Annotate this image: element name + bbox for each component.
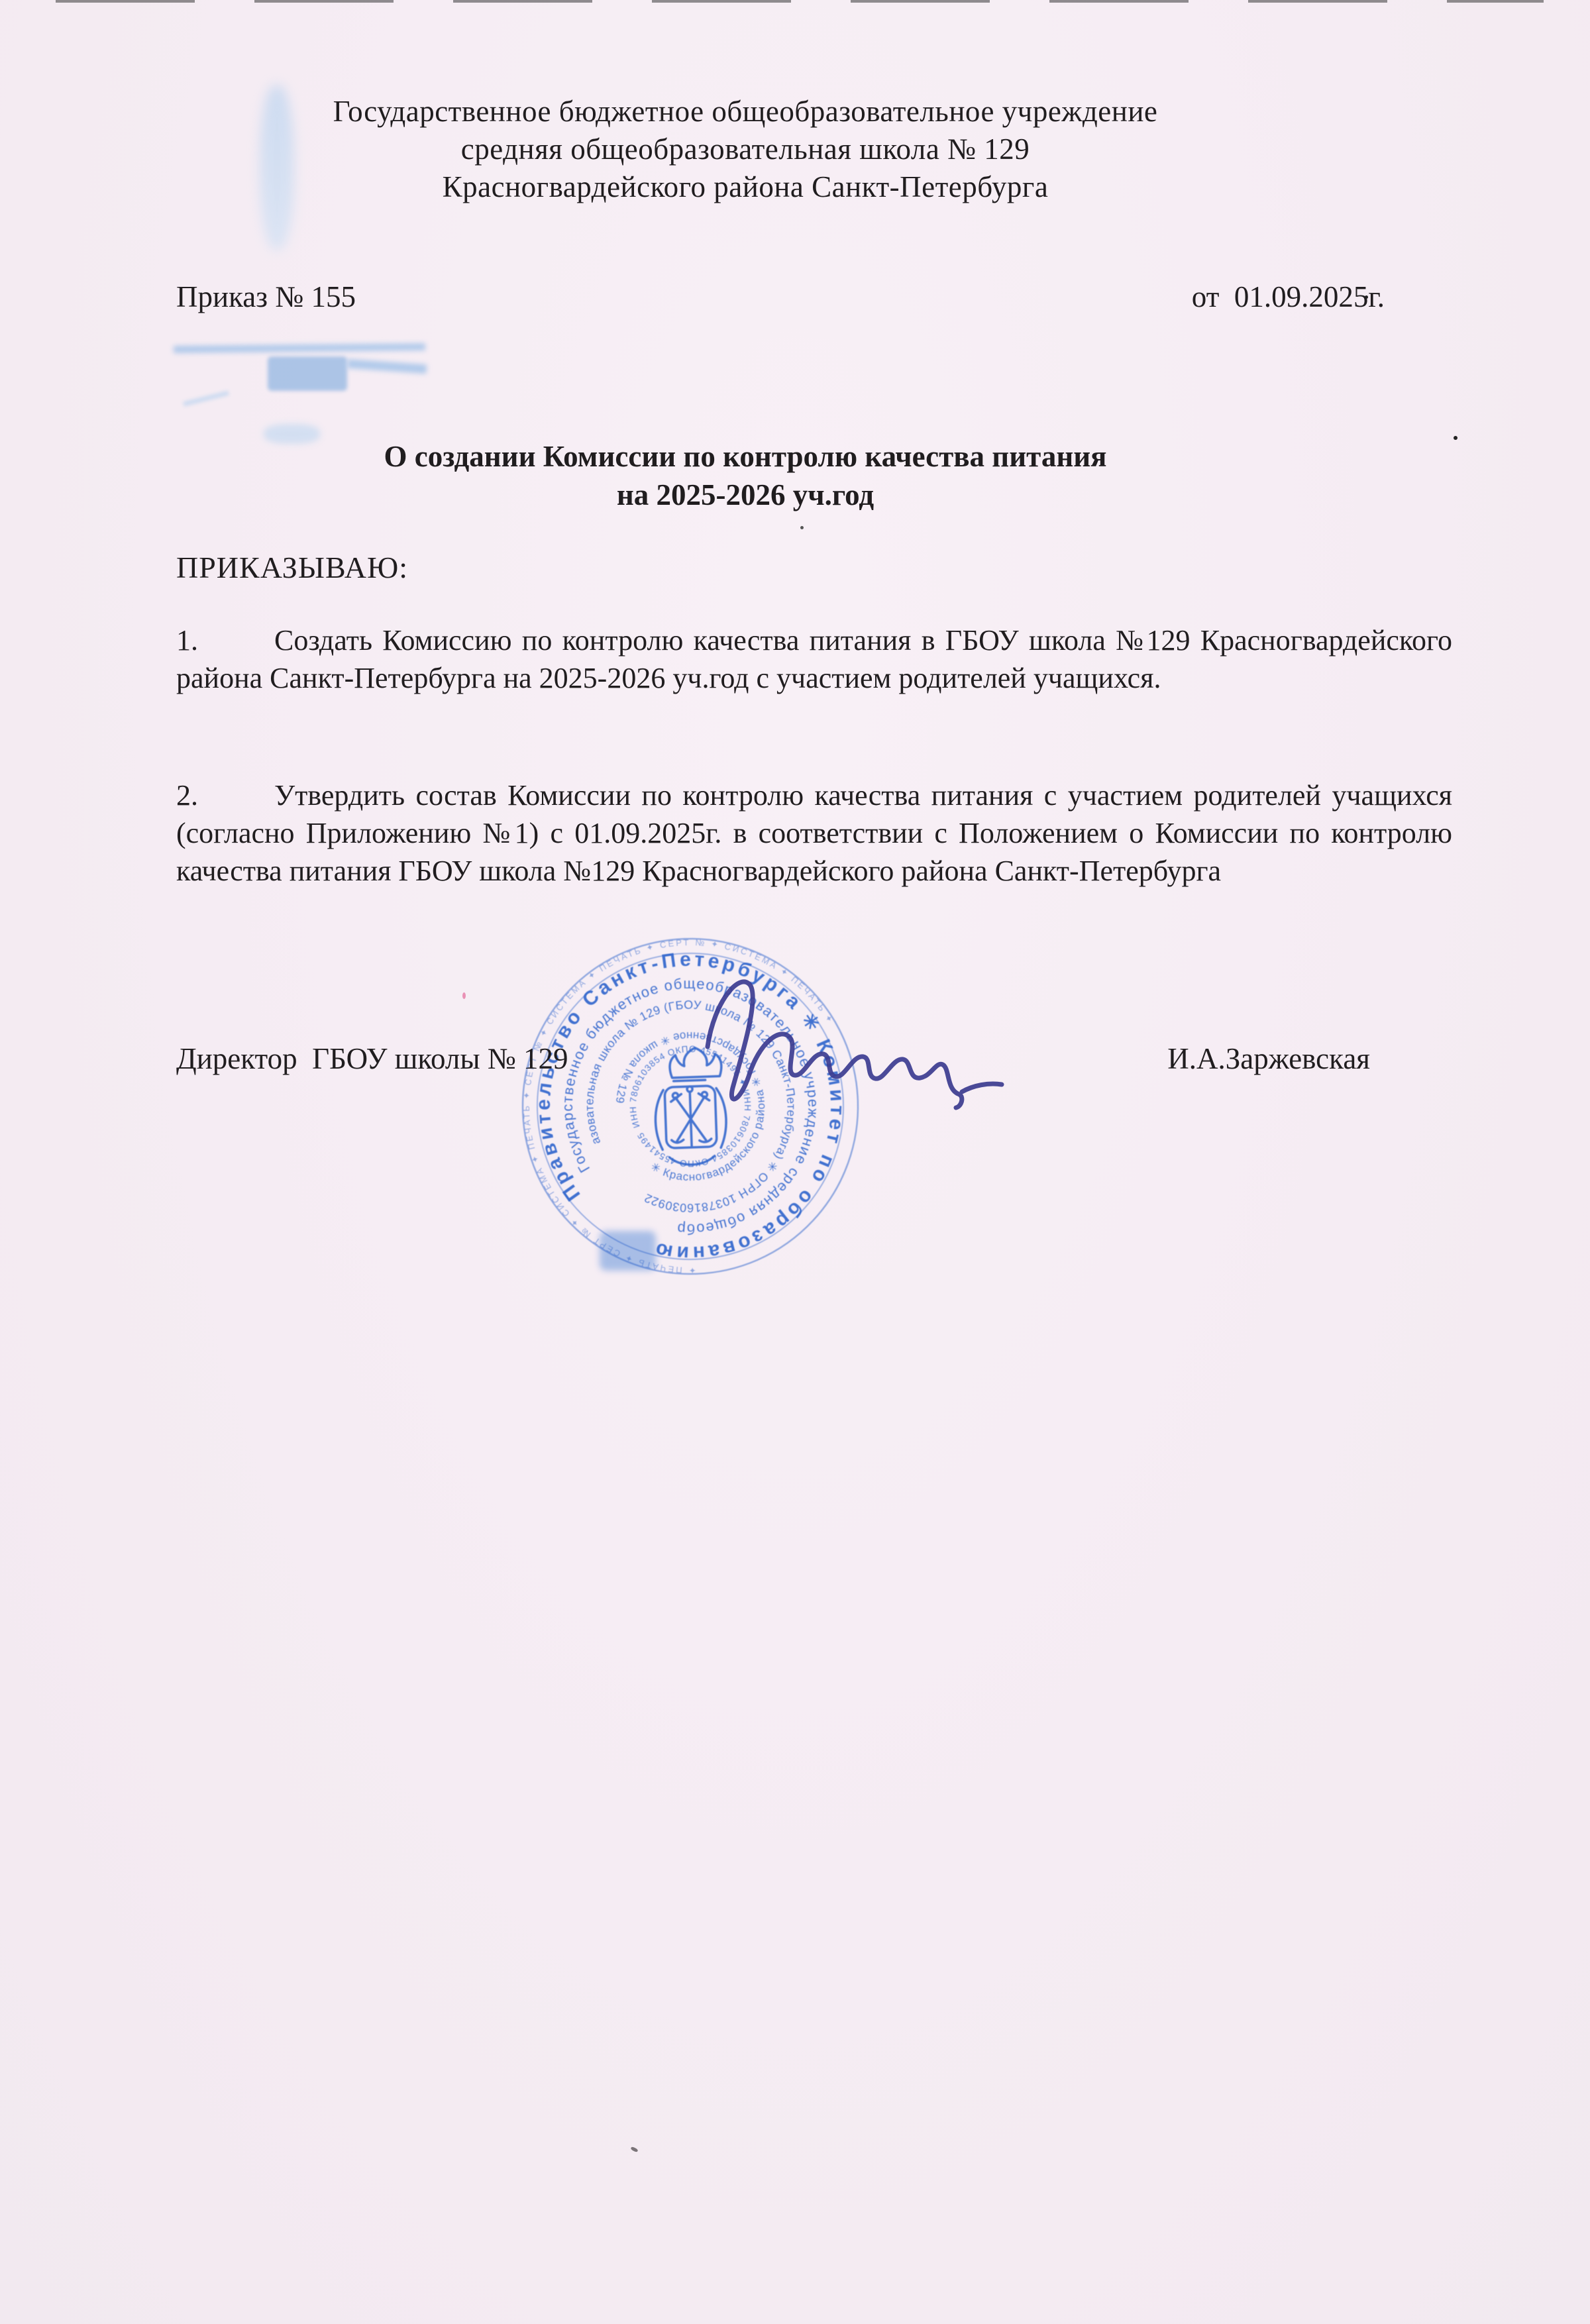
order-paragraph-2: 2.Утвердить состав Комиссии по контролю … [176,776,1452,890]
order-date: от 01.09.2025г. [1192,278,1385,316]
blue-stamp-residue-artifact [174,339,439,415]
decree-keyword: ПРИКАЗЫВАЮ: [176,549,408,586]
letterhead: Государственное бюджетное общеобразовате… [0,93,1491,206]
pink-speck [462,992,466,999]
letterhead-line-1: Государственное бюджетное общеобразовате… [0,93,1491,131]
order-paragraph-1: 1.Создать Комиссию по контролю качества … [176,621,1452,697]
blue-streak [174,343,425,353]
paragraph-2-text: Утвердить состав Комиссии по контролю ка… [176,779,1452,887]
director-label: Директор ГБОУ школы № 129 [176,1040,568,1078]
order-meta-row: Приказ № 155 от 01.09.2025г. [176,278,1385,316]
blue-streak-tail [347,359,427,374]
signature-tail-dash [962,1084,1002,1092]
director-name: И.А.Заржевская [1167,1040,1370,1078]
scan-edge-artifact [56,0,1544,3]
order-title-line-2: на 2025-2026 уч.год [0,476,1491,514]
paragraph-1-text: Создать Комиссию по контролю качества пи… [176,624,1452,694]
paragraph-1-number: 1. [176,621,274,659]
order-title: О создании Комиссии по контролю качества… [0,437,1491,514]
signature-row: Директор ГБОУ школы № 129 И.А.Заржевская [176,1040,1370,1078]
blue-letter-blot [268,356,347,391]
order-title-line-1: О создании Комиссии по контролю качества… [0,437,1491,476]
ink-speck [800,526,804,529]
letterhead-line-3: Красногвардейского района Санкт-Петербур… [0,168,1491,206]
blue-diagonal-streak [183,391,229,407]
paragraph-2-number: 2. [176,776,274,814]
order-number: Приказ № 155 [176,278,356,316]
scanned-order-page: Государственное бюджетное общеобразовате… [0,0,1590,2324]
pencil-speck [630,2146,638,2153]
letterhead-line-2: средняя общеобразовательная школа № 129 [0,131,1491,168]
